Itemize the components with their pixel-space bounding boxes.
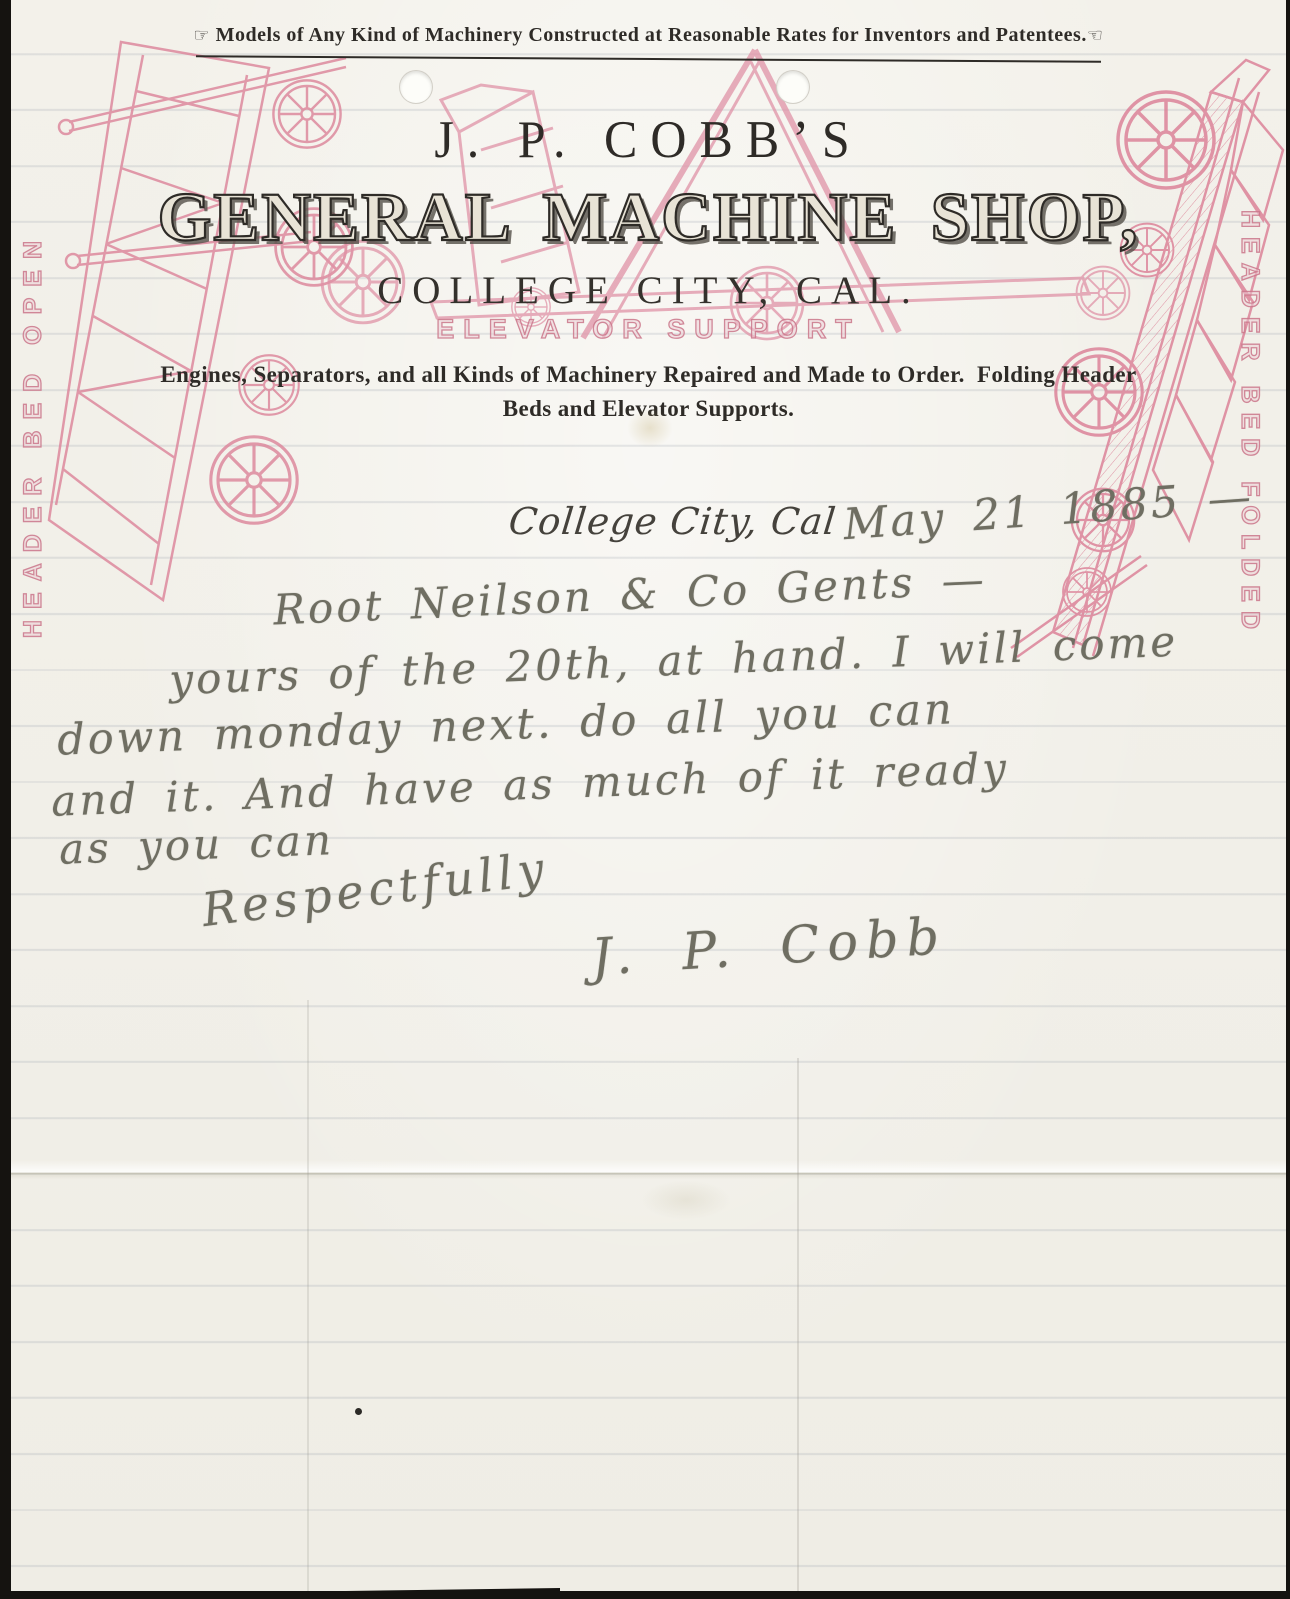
pointing-hand-right-icon: ☞	[194, 25, 211, 46]
ink-speck	[355, 1408, 362, 1415]
letter-paper: ☞ Models of Any Kind of Machinery Constr…	[11, 0, 1286, 1591]
elevator-support-caption: ELEVATOR SUPPORT	[11, 314, 1286, 345]
right-margin-label: HEADER BED FOLDED	[1235, 210, 1264, 638]
left-margin-label: HEADER BED OPEN	[19, 230, 48, 638]
hole-punch-left	[399, 70, 433, 104]
scanned-letterhead-document: { "banner": { "hand_left": "☞", "text": …	[0, 0, 1290, 1599]
pointing-hand-left-icon: ☜	[1087, 25, 1104, 46]
shop-name-title: GENERAL MACHINE SHOP,	[11, 178, 1286, 257]
horizontal-fold-crease	[11, 1160, 1286, 1184]
services-line-1: Engines, Separators, and all Kinds of Ma…	[11, 362, 1286, 388]
city-subtitle: COLLEGE CITY, CAL.	[11, 268, 1286, 313]
dateline-place: College City, Cal	[507, 500, 839, 543]
paper-stain	[641, 1180, 731, 1220]
banner-text: Models of Any Kind of Machinery Construc…	[216, 24, 1087, 46]
paper-stain	[627, 408, 673, 448]
vertical-fold-crease	[797, 1058, 799, 1591]
banner-line: ☞ Models of Any Kind of Machinery Constr…	[11, 24, 1286, 47]
vertical-fold-crease	[307, 1000, 309, 1591]
proprietor-title: J. P. COBB’S	[11, 109, 1286, 170]
body-line-4: as you can	[58, 815, 335, 874]
hole-punch-right	[776, 70, 810, 104]
